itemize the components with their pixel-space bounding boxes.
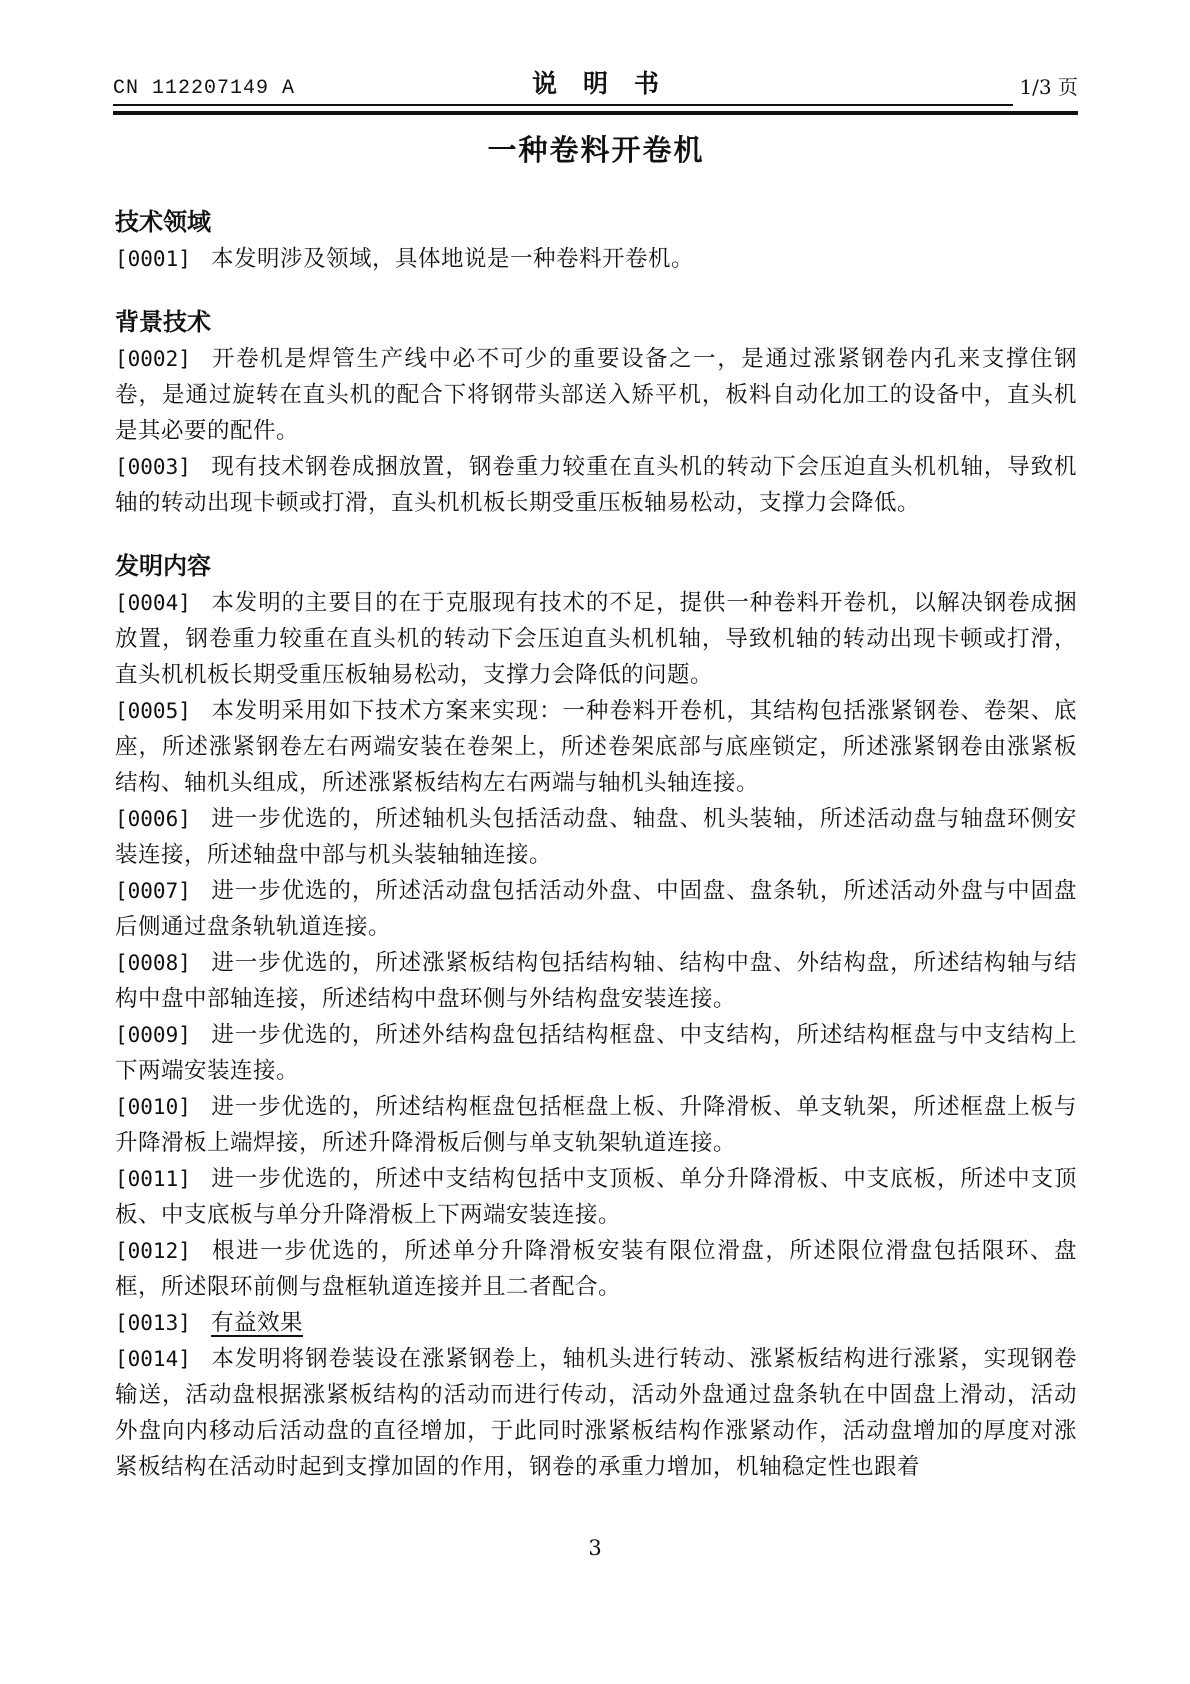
header-rule-thin bbox=[113, 104, 1013, 106]
paragraph-text: 进一步优选的，所述结构框盘包括框盘上板、升降滑板、单支轨架，所述框盘上板与升降滑… bbox=[115, 1094, 1077, 1156]
section-heading-background-art: 背景技术 bbox=[115, 303, 1077, 341]
paragraph-0007: [0007]进一步优选的，所述活动盘包括活动外盘、中固盘、盘条轨，所述活动外盘与… bbox=[115, 873, 1077, 945]
paragraph-number: [0006] bbox=[115, 801, 211, 837]
section-heading-technical-field: 技术领域 bbox=[115, 203, 1077, 241]
paragraph-number: [0014] bbox=[115, 1341, 211, 1377]
paragraph-number: [0007] bbox=[115, 873, 211, 909]
paragraph-0014: [0014]本发明将钢卷装设在涨紧钢卷上，轴机头进行转动、涨紧板结构进行涨紧，实… bbox=[115, 1341, 1077, 1485]
invention-title: 一种卷料开卷机 bbox=[115, 128, 1077, 169]
paragraph-number: [0005] bbox=[115, 693, 211, 729]
paragraph-0010: [0010]进一步优选的，所述结构框盘包括框盘上板、升降滑板、单支轨架，所述框盘… bbox=[115, 1089, 1077, 1161]
paragraph-text: 本发明采用如下技术方案来实现：一种卷料开卷机，其结构包括涨紧钢卷、卷架、底座，所… bbox=[115, 698, 1077, 796]
document-body: 一种卷料开卷机 技术领域[0001]本发明涉及领域，具体地说是一种卷料开卷机。背… bbox=[115, 128, 1077, 1485]
header-rule-thick bbox=[113, 111, 1078, 115]
page-header: CN 112207149 A 说明书 1/3 页 bbox=[113, 66, 1078, 100]
sections-container: 技术领域[0001]本发明涉及领域，具体地说是一种卷料开卷机。背景技术[0002… bbox=[115, 203, 1077, 1485]
paragraph-text: 本发明的主要目的在于克服现有技术的不足，提供一种卷料开卷机，以解决钢卷成捆放置，… bbox=[115, 590, 1077, 688]
patent-specification-page: CN 112207149 A 说明书 1/3 页 一种卷料开卷机 技术领域[00… bbox=[0, 0, 1190, 1684]
paragraph-0012: [0012]根进一步优选的，所述单分升降滑板安装有限位滑盘，所述限位滑盘包括限环… bbox=[115, 1233, 1077, 1305]
paragraph-number: [0013] bbox=[115, 1305, 211, 1341]
paragraph-text: 进一步优选的，所述外结构盘包括结构框盘、中支结构，所述结构框盘与中支结构上下两端… bbox=[115, 1022, 1077, 1084]
paragraph-0002: [0002]开卷机是焊管生产线中必不可少的重要设备之一，是通过涨紧钢卷内孔来支撑… bbox=[115, 341, 1077, 449]
paragraph-0009: [0009]进一步优选的，所述外结构盘包括结构框盘、中支结构，所述结构框盘与中支… bbox=[115, 1017, 1077, 1089]
paragraph-number: [0002] bbox=[115, 341, 211, 377]
paragraph-0003: [0003]现有技术钢卷成捆放置，钢卷重力较重在直头机的转动下会压迫直头机机轴，… bbox=[115, 449, 1077, 521]
paragraph-0004: [0004]本发明的主要目的在于克服现有技术的不足，提供一种卷料开卷机，以解决钢… bbox=[115, 585, 1077, 693]
paragraph-text: 本发明将钢卷装设在涨紧钢卷上，轴机头进行转动、涨紧板结构进行涨紧，实现钢卷输送，… bbox=[115, 1346, 1077, 1480]
page-footer: 3 bbox=[0, 1536, 1190, 1560]
paragraph-number: [0004] bbox=[115, 585, 211, 621]
paragraph-number: [0012] bbox=[115, 1233, 211, 1269]
page-number: 3 bbox=[588, 1536, 601, 1560]
paragraph-number: [0008] bbox=[115, 945, 211, 981]
paragraph-number: [0011] bbox=[115, 1161, 211, 1197]
page-indicator: 1/3 页 bbox=[1019, 71, 1078, 100]
paragraph-number: [0010] bbox=[115, 1089, 211, 1125]
paragraph-text: 开卷机是焊管生产线中必不可少的重要设备之一，是通过涨紧钢卷内孔来支撑住钢卷，是通… bbox=[115, 346, 1077, 444]
document-type-title: 说明书 bbox=[113, 64, 1078, 100]
paragraph-0006: [0006]进一步优选的，所述轴机头包括活动盘、轴盘、机头装轴，所述活动盘与轴盘… bbox=[115, 801, 1077, 873]
paragraph-0005: [0005]本发明采用如下技术方案来实现：一种卷料开卷机，其结构包括涨紧钢卷、卷… bbox=[115, 693, 1077, 801]
paragraph-0013: [0013]有益效果 bbox=[115, 1305, 1077, 1341]
paragraph-text: 有益效果 bbox=[211, 1310, 303, 1336]
paragraph-0011: [0011]进一步优选的，所述中支结构包括中支顶板、单分升降滑板、中支底板，所述… bbox=[115, 1161, 1077, 1233]
paragraph-number: [0009] bbox=[115, 1017, 211, 1053]
paragraph-number: [0003] bbox=[115, 449, 211, 485]
paragraph-text: 进一步优选的，所述中支结构包括中支顶板、单分升降滑板、中支底板，所述中支顶板、中… bbox=[115, 1166, 1077, 1228]
paragraph-0008: [0008]进一步优选的，所述涨紧板结构包括结构轴、结构中盘、外结构盘，所述结构… bbox=[115, 945, 1077, 1017]
paragraph-text: 进一步优选的，所述活动盘包括活动外盘、中固盘、盘条轨，所述活动外盘与中固盘后侧通… bbox=[115, 878, 1077, 940]
paragraph-text: 现有技术钢卷成捆放置，钢卷重力较重在直头机的转动下会压迫直头机机轴，导致机轴的转… bbox=[115, 454, 1077, 516]
paragraph-text: 进一步优选的，所述轴机头包括活动盘、轴盘、机头装轴，所述活动盘与轴盘环侧安装连接… bbox=[115, 806, 1077, 868]
paragraph-0001: [0001]本发明涉及领域，具体地说是一种卷料开卷机。 bbox=[115, 241, 1077, 277]
paragraph-text: 本发明涉及领域，具体地说是一种卷料开卷机。 bbox=[211, 246, 694, 272]
paragraph-text: 根进一步优选的，所述单分升降滑板安装有限位滑盘，所述限位滑盘包括限环、盘框，所述… bbox=[115, 1238, 1077, 1300]
section-heading-summary-of-invention: 发明内容 bbox=[115, 547, 1077, 585]
paragraph-text: 进一步优选的，所述涨紧板结构包括结构轴、结构中盘、外结构盘，所述结构轴与结构中盘… bbox=[115, 950, 1077, 1012]
paragraph-number: [0001] bbox=[115, 241, 211, 277]
